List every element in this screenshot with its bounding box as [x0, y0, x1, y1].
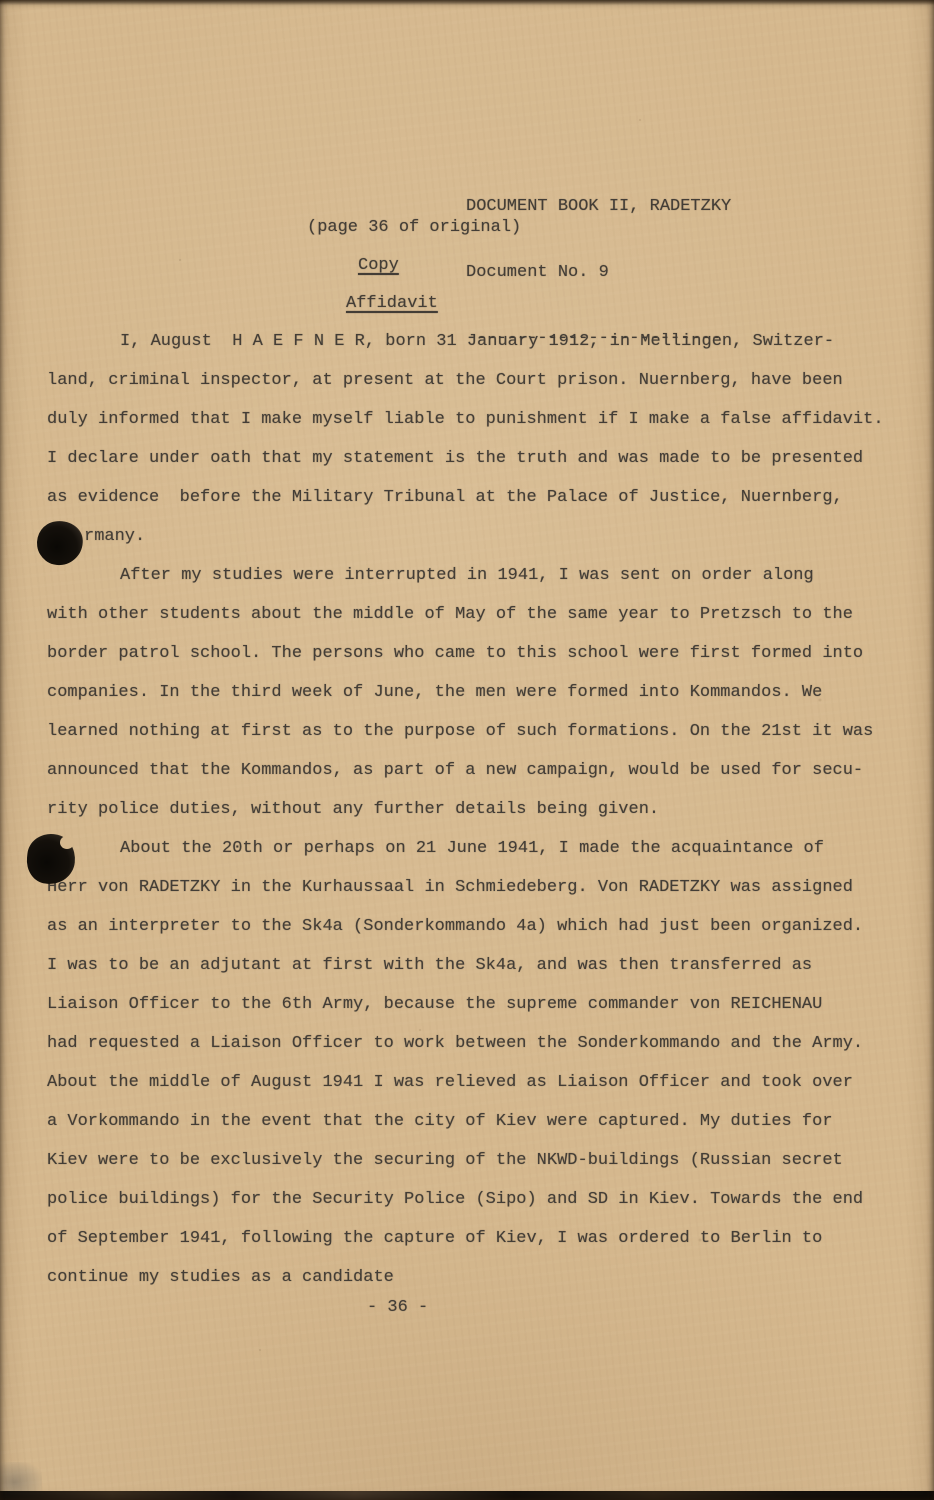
body-line: Herr von RADETZKY in the Kurhaussaal in …	[47, 868, 903, 907]
body-line: I, August H A E F N E R, born 31 January…	[47, 322, 903, 361]
body-line: a Vorkommando in the event that the city…	[47, 1102, 903, 1141]
hole-punch-notch	[60, 836, 74, 849]
page-reference: (page 36 of original)	[307, 216, 521, 240]
body-line: duly informed that I make myself liable …	[47, 400, 903, 439]
body-line: had requested a Liaison Officer to work …	[47, 1024, 903, 1063]
body-line: land, criminal inspector, at present at …	[47, 361, 903, 400]
document-number: Document No. 9	[466, 262, 731, 284]
body-line: announced that the Kommandos, as part of…	[47, 751, 903, 790]
body-line: I was to be an adjutant at first with th…	[47, 946, 903, 985]
body-line: After my studies were interrupted in 194…	[47, 556, 903, 595]
body-line: rity police duties, without any further …	[47, 790, 903, 829]
body-line: as an interpreter to the Sk4a (Sonderkom…	[47, 907, 903, 946]
body-line: of September 1941, following the capture…	[47, 1219, 903, 1258]
body-line: companies. In the third week of June, th…	[47, 673, 903, 712]
scan-edge	[0, 1491, 934, 1500]
body-line: rmany.	[47, 517, 903, 556]
body-line: learned nothing at first as to the purpo…	[47, 712, 903, 751]
scanned-document-page: DOCUMENT BOOK II, RADETZKY Document No. …	[0, 0, 934, 1500]
body-line: About the middle of August 1941 I was re…	[47, 1063, 903, 1102]
body-line: as evidence before the Military Tribunal…	[47, 478, 903, 517]
body-line: About the 20th or perhaps on 21 June 194…	[47, 829, 903, 868]
body-line: Kiev were to be exclusively the securing…	[47, 1141, 903, 1180]
body-line: continue my studies as a candidate	[47, 1258, 903, 1297]
body-line: with other students about the middle of …	[47, 595, 903, 634]
page-number: - 36 -	[367, 1296, 428, 1320]
affidavit-title: Affidavit	[346, 292, 438, 316]
body-line: Liaison Officer to the 6th Army, because…	[47, 985, 903, 1024]
body-line: border patrol school. The persons who ca…	[47, 634, 903, 673]
body-line: I declare under oath that my statement i…	[47, 439, 903, 478]
affidavit-body: I, August H A E F N E R, born 31 January…	[47, 322, 903, 1297]
body-line: police buildings) for the Security Polic…	[47, 1180, 903, 1219]
document-book-title: DOCUMENT BOOK II, RADETZKY	[466, 196, 731, 218]
copy-heading: Copy	[358, 254, 399, 278]
